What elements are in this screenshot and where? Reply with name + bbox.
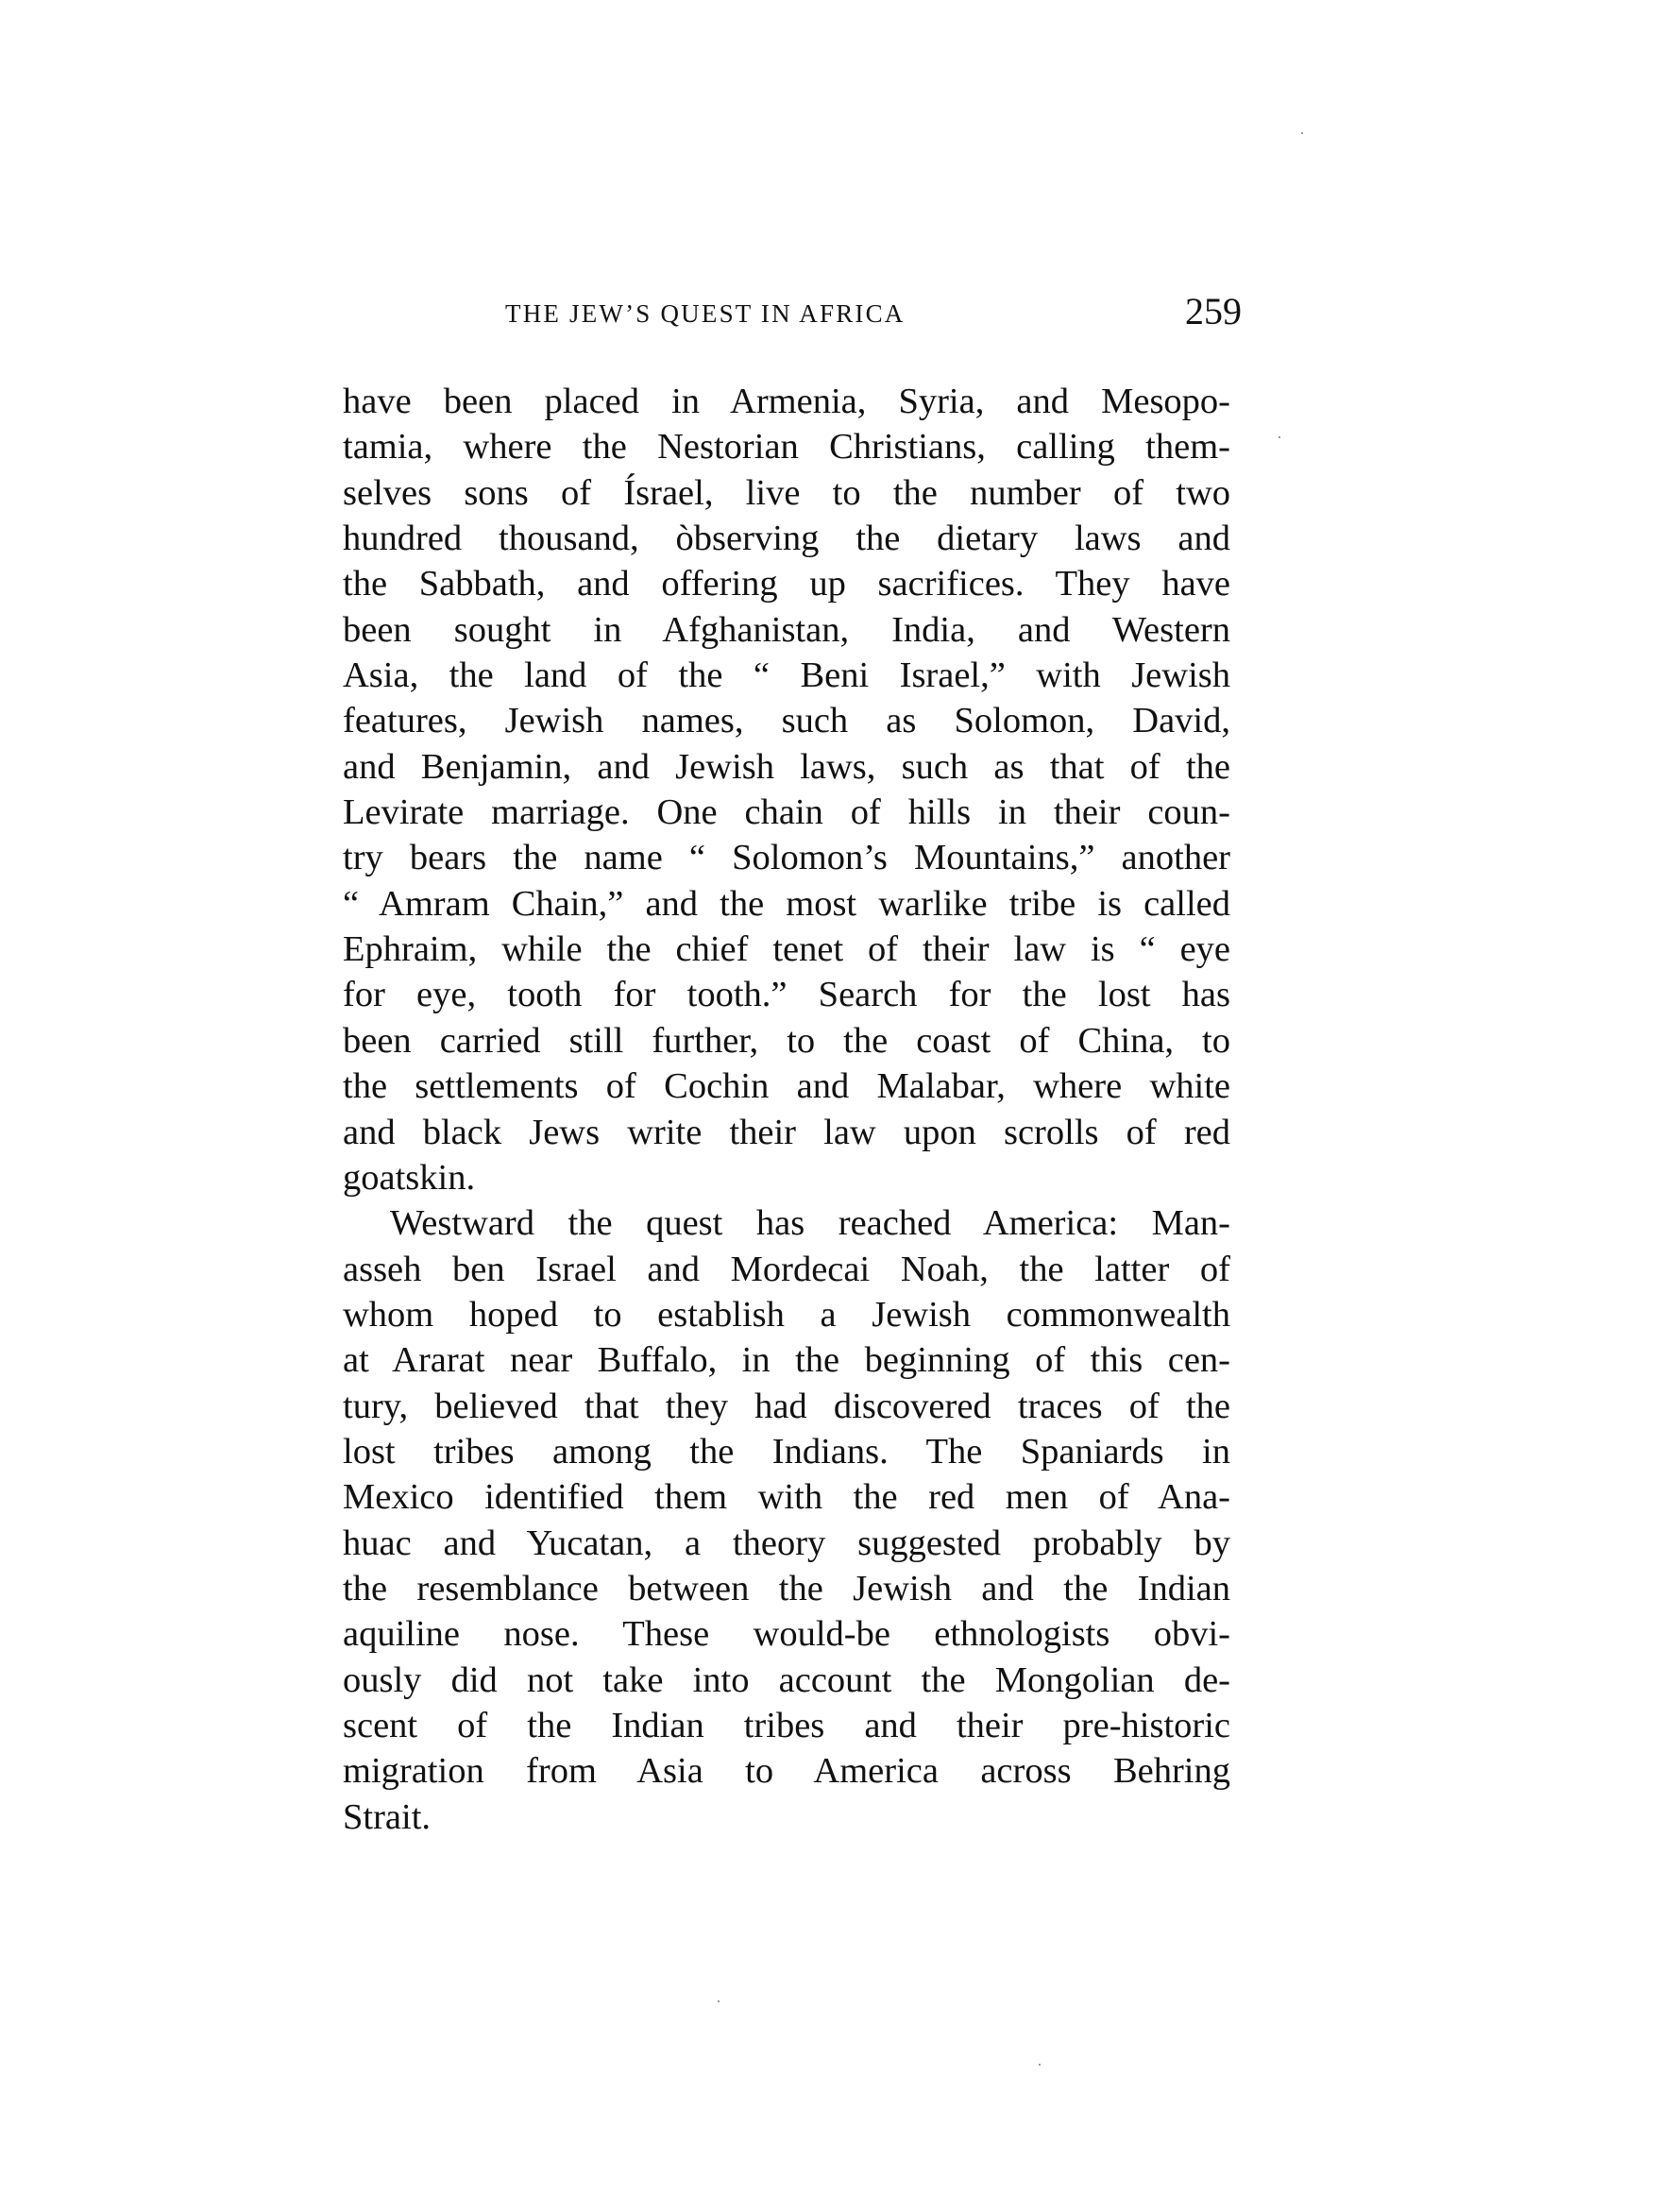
book-page: THE JEW’S QUEST IN AFRICA 259 have been … <box>0 0 1660 2212</box>
text-line: been sought in Afghanistan, India, and W… <box>343 607 1230 653</box>
text-line: goatskin. <box>343 1155 1230 1200</box>
text-line: for eye, tooth for tooth.” Search for th… <box>343 972 1230 1017</box>
text-line: Westward the quest has reached America: … <box>343 1200 1230 1246</box>
text-line: lost tribes among the Indians. The Spani… <box>343 1429 1230 1474</box>
page-number: 259 <box>1185 291 1242 332</box>
text-line: the settlements of Cochin and Malabar, w… <box>343 1063 1230 1109</box>
text-line: hundred thousand, òbserving the dietary … <box>343 516 1230 561</box>
text-line: “ Amram Chain,” and the most warlike tri… <box>343 881 1230 927</box>
running-title: THE JEW’S QUEST IN AFRICA <box>505 295 906 332</box>
body-text: have been placed in Armenia, Syria, and … <box>343 379 1230 1840</box>
scan-speck <box>718 2000 720 2002</box>
text-line: ously did not take into account the Mong… <box>343 1658 1230 1703</box>
paragraph-1: have been placed in Armenia, Syria, and … <box>343 379 1230 1200</box>
text-line: huac and Yucatan, a theory suggested pro… <box>343 1521 1230 1566</box>
text-line: and black Jews write their law upon scro… <box>343 1110 1230 1155</box>
scan-speck <box>1301 132 1303 134</box>
text-line: Mexico identified them with the red men … <box>343 1474 1230 1520</box>
text-line: been carried still further, to the coast… <box>343 1018 1230 1063</box>
text-line: scent of the Indian tribes and their pre… <box>343 1703 1230 1748</box>
scan-speck <box>1279 436 1280 438</box>
text-line: try bears the name “ Solomon’s Mountains… <box>343 835 1230 880</box>
text-line: at Ararat near Buffalo, in the beginning… <box>343 1337 1230 1383</box>
scan-speck <box>1039 2064 1041 2066</box>
text-line: selves sons of Ísrael, live to the numbe… <box>343 470 1230 516</box>
text-line: have been placed in Armenia, Syria, and … <box>343 379 1230 424</box>
text-line: migration from Asia to America across Be… <box>343 1748 1230 1794</box>
text-line: Strait. <box>343 1795 1230 1840</box>
text-line: the resemblance between the Jewish and t… <box>343 1566 1230 1611</box>
running-head: THE JEW’S QUEST IN AFRICA 259 <box>343 295 1230 332</box>
text-line: the Sabbath, and offering up sacrifices.… <box>343 561 1230 606</box>
text-line: whom hoped to establish a Jewish commonw… <box>343 1292 1230 1337</box>
text-line: and Benjamin, and Jewish laws, such as t… <box>343 744 1230 790</box>
text-line: Asia, the land of the “ Beni Israel,” wi… <box>343 653 1230 698</box>
paragraph-2: Westward the quest has reached America: … <box>343 1200 1230 1840</box>
text-line: Levirate marriage. One chain of hills in… <box>343 790 1230 835</box>
text-line: asseh ben Israel and Mordecai Noah, the … <box>343 1247 1230 1292</box>
text-line: Ephraim, while the chief tenet of their … <box>343 927 1230 972</box>
text-line: features, Jewish names, such as Solomon,… <box>343 698 1230 743</box>
text-line: tury, believed that they had discovered … <box>343 1384 1230 1429</box>
text-line: tamia, where the Nestorian Christians, c… <box>343 424 1230 469</box>
text-line: aquiline nose. These would-be ethnologis… <box>343 1611 1230 1657</box>
